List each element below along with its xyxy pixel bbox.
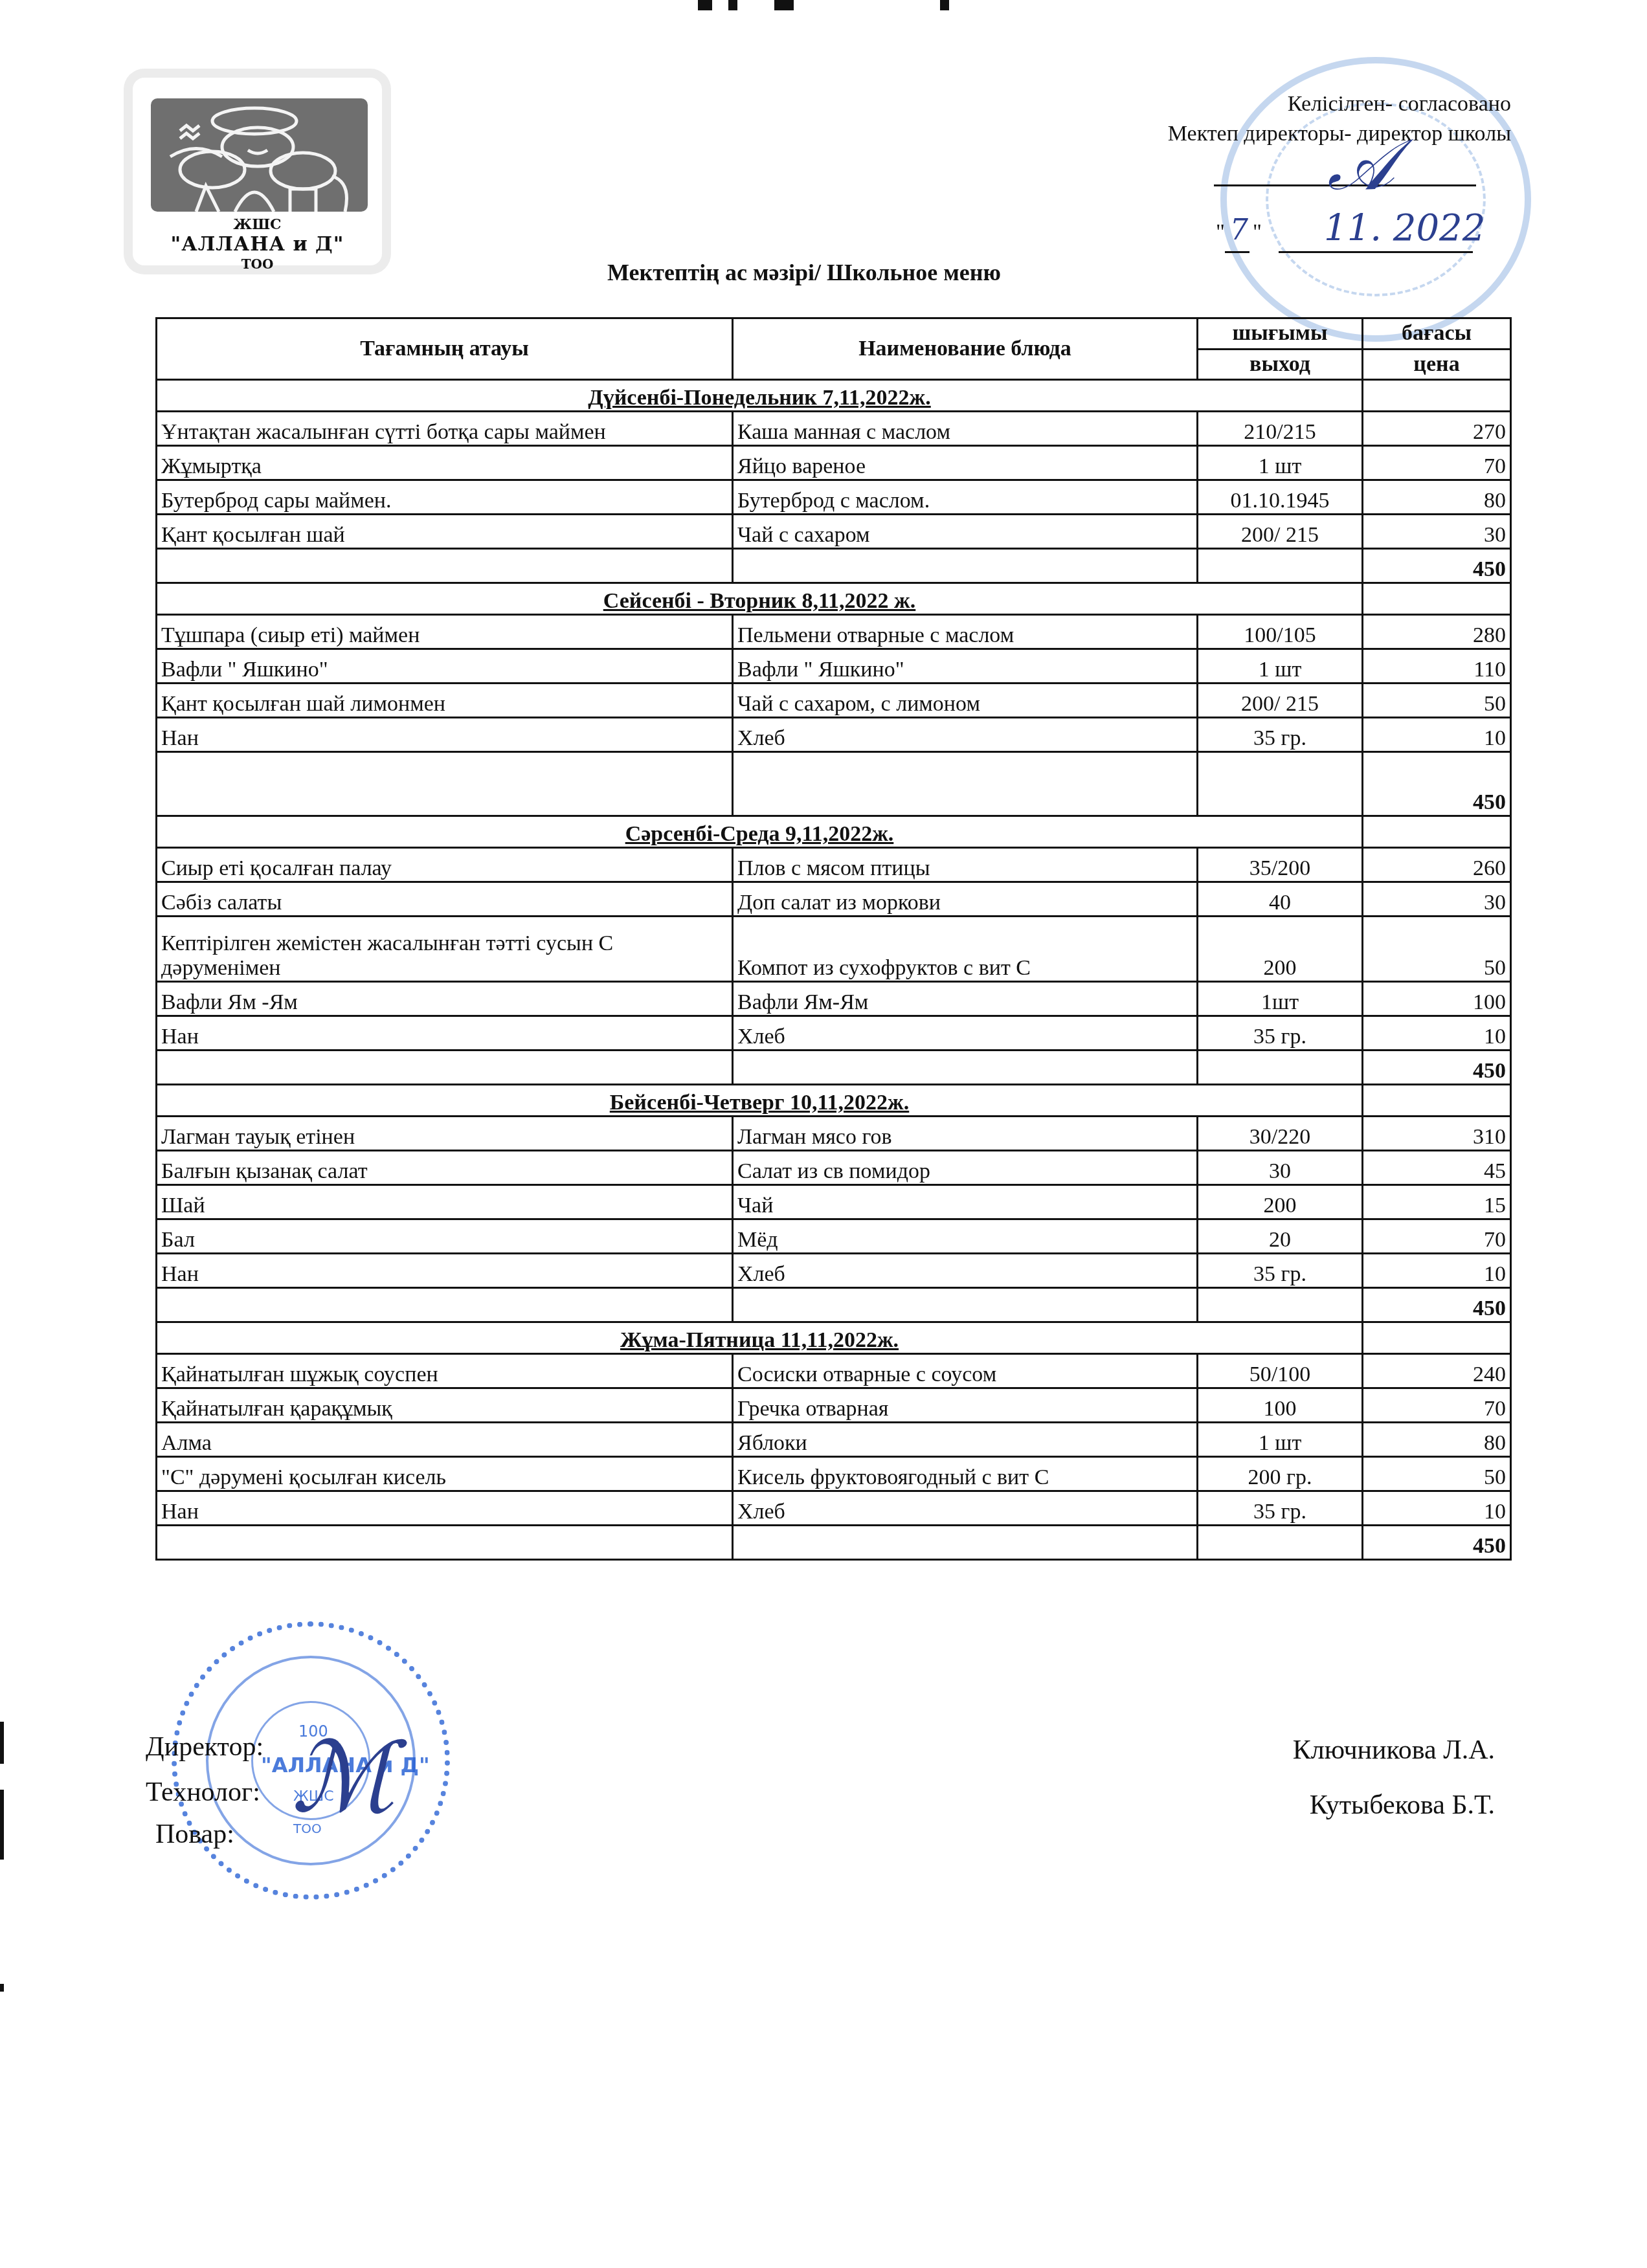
header-rus-name: Наименование блюда (733, 318, 1198, 380)
dish-name-ru: Чай с сахаром (733, 515, 1198, 549)
table-row: Қант қосылған шай лимонменЧай с сахаром,… (157, 684, 1511, 718)
table-row: НанХлеб35 гр.10 (157, 1254, 1511, 1288)
dish-name-ru: Чай с сахаром, с лимоном (733, 684, 1198, 718)
total-empty-cell (1198, 752, 1363, 816)
total-empty-cell (1198, 549, 1363, 583)
table-row: Ұнтақтан жасалынған сүтті ботқа сары май… (157, 412, 1511, 446)
table-row: "С" дәрумені қосылған кисельКисель фрукт… (157, 1457, 1511, 1491)
scan-artifact (774, 0, 794, 10)
day-header-cell: Жұма-Пятница 11,11,2022ж. (157, 1322, 1363, 1354)
date-close-quote: " (1253, 220, 1262, 245)
approval-agreed: Келісілген- согласовано (1168, 89, 1511, 119)
table-row: Бутерброд сары маймен.Бутерброд с маслом… (157, 480, 1511, 515)
day-header-cell: Дүйсенбі-Понедельник 7,11,2022ж. (157, 380, 1363, 412)
dish-yield: 35 гр. (1198, 1254, 1363, 1288)
total-empty-cell (733, 752, 1198, 816)
day-total-price: 450 (1363, 1051, 1511, 1085)
date-day: 7 (1230, 214, 1248, 247)
dish-yield: 50/100 (1198, 1354, 1363, 1388)
dish-price: 280 (1363, 615, 1511, 649)
day-label: Сейсенбі - Вторник 8,11,2022 ж. (603, 589, 916, 613)
dish-price: 100 (1363, 982, 1511, 1016)
dish-yield: 40 (1198, 882, 1363, 917)
dish-name-ru: Вафли Ям-Ям (733, 982, 1198, 1016)
dish-name-ru: Каша манная с маслом (733, 412, 1198, 446)
day-total-price: 450 (1363, 549, 1511, 583)
dish-name-kz: Шай (157, 1185, 733, 1219)
dish-price: 110 (1363, 649, 1511, 684)
dish-yield: 01.10.1945 (1198, 480, 1363, 515)
dish-name-ru: Мёд (733, 1219, 1198, 1254)
dish-name-ru: Яйцо вареное (733, 446, 1198, 480)
dish-yield: 200/ 215 (1198, 684, 1363, 718)
header-price-kz: бағасы (1363, 318, 1511, 350)
dish-price: 70 (1363, 1219, 1511, 1254)
dish-name-kz: Тұшпара (сиыр еті) маймен (157, 615, 733, 649)
table-row: Қант қосылған шайЧай с сахаром200/ 21530 (157, 515, 1511, 549)
day-header-row: Сәрсенбі-Среда 9,11,2022ж. (157, 816, 1511, 848)
date-day-line (1225, 251, 1249, 253)
table-row: Вафли Ям -ЯмВафли Ям-Ям1шт100 (157, 982, 1511, 1016)
dish-price: 10 (1363, 1016, 1511, 1051)
table-row: ШайЧай20015 (157, 1185, 1511, 1219)
total-empty-cell (157, 1288, 733, 1322)
total-empty-cell (1198, 1288, 1363, 1322)
total-empty-cell (1198, 1526, 1363, 1560)
dish-price: 240 (1363, 1354, 1511, 1388)
date-open-quote: " (1216, 220, 1225, 245)
technologist-signature-icon: ℳ (291, 1722, 395, 1834)
date-month-year: 11. 2022 (1324, 207, 1485, 249)
dish-name-kz: Лагман тауық етінен (157, 1117, 733, 1151)
dish-yield: 1 шт (1198, 649, 1363, 684)
dish-name-kz: Қайнатылған қарақұмық (157, 1388, 733, 1423)
day-total-row: 450 (157, 752, 1511, 816)
table-row: АлмаЯблоки1 шт80 (157, 1423, 1511, 1457)
scan-edge-mark (0, 1984, 4, 1992)
dish-price: 10 (1363, 1254, 1511, 1288)
dish-name-kz: Қант қосылған шай лимонмен (157, 684, 733, 718)
dish-name-ru: Салат из св помидор (733, 1151, 1198, 1185)
table-row: Вафли " Яшкино"Вафли " Яшкино"1 шт110 (157, 649, 1511, 684)
total-empty-cell (733, 549, 1198, 583)
dish-price: 10 (1363, 718, 1511, 752)
dish-yield: 200/ 215 (1198, 515, 1363, 549)
dish-price: 70 (1363, 1388, 1511, 1423)
total-empty-cell (733, 1051, 1198, 1085)
dish-yield: 200 гр. (1198, 1457, 1363, 1491)
day-label: Дүйсенбі-Понедельник 7,11,2022ж. (588, 386, 931, 410)
dish-name-ru: Хлеб (733, 1254, 1198, 1288)
dish-name-ru: Гречка отварная (733, 1388, 1198, 1423)
day-label: Бейсенбі-Четверг 10,11,2022ж. (610, 1091, 909, 1115)
day-total-row: 450 (157, 1051, 1511, 1085)
dish-name-ru: Яблоки (733, 1423, 1198, 1457)
table-row: ЖұмыртқаЯйцо вареное1 шт70 (157, 446, 1511, 480)
scan-artifact (728, 0, 737, 10)
technologist-name: Кутыбекова Б.Т. (1310, 1790, 1495, 1821)
dish-price: 50 (1363, 917, 1511, 982)
header-yield-kz: шығымы (1198, 318, 1363, 350)
dish-name-kz: Қант қосылған шай (157, 515, 733, 549)
dish-name-kz: Сәбіз салаты (157, 882, 733, 917)
company-logo: ЖШС "АЛЛАНА и Д" ТОО (133, 78, 382, 265)
day-header-row: Сейсенбі - Вторник 8,11,2022 ж. (157, 583, 1511, 615)
dish-price: 30 (1363, 882, 1511, 917)
day-header-empty-cell (1363, 816, 1511, 848)
dish-yield: 30/220 (1198, 1117, 1363, 1151)
dish-yield: 30 (1198, 1151, 1363, 1185)
dish-name-kz: Балғын қызанақ салат (157, 1151, 733, 1185)
scan-edge-mark (0, 1722, 4, 1764)
dish-name-kz: Бутерброд сары маймен. (157, 480, 733, 515)
day-header-cell: Сейсенбі - Вторник 8,11,2022 ж. (157, 583, 1363, 615)
table-header-row: Тағамның атауы Наименование блюда шығымы… (157, 318, 1511, 350)
dish-yield: 1 шт (1198, 446, 1363, 480)
day-total-price: 450 (1363, 1526, 1511, 1560)
total-empty-cell (157, 1526, 733, 1560)
table-row: Сәбіз салатыДоп салат из моркови4030 (157, 882, 1511, 917)
table-row: Кептірілген жемістен жасалынған тәтті су… (157, 917, 1511, 982)
dish-name-kz: Вафли Ям -Ям (157, 982, 733, 1016)
dish-price: 80 (1363, 480, 1511, 515)
menu-table: Тағамның атауы Наименование блюда шығымы… (155, 317, 1512, 1561)
dish-name-kz: Жұмыртқа (157, 446, 733, 480)
total-empty-cell (733, 1288, 1198, 1322)
dish-price: 70 (1363, 446, 1511, 480)
day-header-row: Жұма-Пятница 11,11,2022ж. (157, 1322, 1511, 1354)
header-kaz-name: Тағамның атауы (157, 318, 733, 380)
dish-name-kz: Нан (157, 1016, 733, 1051)
technologist-label: Технолог: (146, 1777, 260, 1808)
dish-name-ru: Бутерброд с маслом. (733, 480, 1198, 515)
dish-yield: 100/105 (1198, 615, 1363, 649)
dish-yield: 35/200 (1198, 848, 1363, 882)
director-signature-icon: 𝒜 (1327, 123, 1395, 207)
dish-name-ru: Доп салат из моркови (733, 882, 1198, 917)
dish-yield: 35 гр. (1198, 1491, 1363, 1526)
menu-body: Дүйсенбі-Понедельник 7,11,2022ж.Ұнтақтан… (157, 380, 1511, 1560)
director-label: Директор: (146, 1731, 263, 1762)
table-row: Қайнатылған қарақұмықГречка отварная1007… (157, 1388, 1511, 1423)
table-row: БалМёд2070 (157, 1219, 1511, 1254)
dish-name-kz: Нан (157, 1491, 733, 1526)
page-title-text: Мектептің ас мәзірі/ Школьное меню (607, 260, 1001, 285)
scan-artifact (940, 0, 949, 10)
scan-edge-mark (0, 1790, 4, 1860)
dish-price: 10 (1363, 1491, 1511, 1526)
dish-price: 270 (1363, 412, 1511, 446)
dish-name-kz: Кептірілген жемістен жасалынған тәтті су… (157, 917, 733, 982)
cook-label: Повар: (155, 1819, 234, 1850)
day-total-row: 450 (157, 1526, 1511, 1560)
total-empty-cell (157, 549, 733, 583)
dish-name-kz: Нан (157, 1254, 733, 1288)
table-row: Балғын қызанақ салатСалат из св помидор3… (157, 1151, 1511, 1185)
day-total-price: 450 (1363, 752, 1511, 816)
table-row: НанХлеб35 гр.10 (157, 718, 1511, 752)
total-empty-cell (1198, 1051, 1363, 1085)
dish-yield: 20 (1198, 1219, 1363, 1254)
dish-yield: 200 (1198, 917, 1363, 982)
day-total-row: 450 (157, 549, 1511, 583)
dish-name-kz: Алма (157, 1423, 733, 1457)
dish-yield: 100 (1198, 1388, 1363, 1423)
day-header-empty-cell (1363, 380, 1511, 412)
dish-name-ru: Пельмени отварные с маслом (733, 615, 1198, 649)
dish-name-kz: "С" дәрумені қосылған кисель (157, 1457, 733, 1491)
total-empty-cell (157, 1051, 733, 1085)
table-row: Қайнатылған шұжық соуспенСосиски отварны… (157, 1354, 1511, 1388)
dish-name-ru: Компот из сухофруктов с вит С (733, 917, 1198, 982)
dish-price: 80 (1363, 1423, 1511, 1457)
dish-name-ru: Вафли " Яшкино" (733, 649, 1198, 684)
dish-name-ru: Кисель фруктовоягодный с вит С (733, 1457, 1198, 1491)
dish-name-ru: Хлеб (733, 1491, 1198, 1526)
header-yield-ru: выход (1198, 349, 1363, 380)
logo-company-name: "АЛЛАНА и Д" (133, 233, 382, 256)
day-header-row: Дүйсенбі-Понедельник 7,11,2022ж. (157, 380, 1511, 412)
header-price-ru: цена (1363, 349, 1511, 380)
dish-price: 15 (1363, 1185, 1511, 1219)
dish-name-ru: Хлеб (733, 1016, 1198, 1051)
day-label: Сәрсенбі-Среда 9,11,2022ж. (625, 822, 894, 846)
dish-price: 30 (1363, 515, 1511, 549)
dish-name-ru: Хлеб (733, 718, 1198, 752)
dish-yield: 1шт (1198, 982, 1363, 1016)
table-row: Тұшпара (сиыр еті) майменПельмени отварн… (157, 615, 1511, 649)
table-row: Сиыр еті қосалған палауПлов с мясом птиц… (157, 848, 1511, 882)
date-line (1279, 251, 1473, 253)
dish-name-ru: Сосиски отварные с соусом (733, 1354, 1198, 1388)
day-header-row: Бейсенбі-Четверг 10,11,2022ж. (157, 1085, 1511, 1117)
dish-name-kz: Қайнатылған шұжық соуспен (157, 1354, 733, 1388)
dish-price: 310 (1363, 1117, 1511, 1151)
chefs-illustration-icon (151, 98, 368, 212)
dish-yield: 35 гр. (1198, 718, 1363, 752)
day-header-cell: Сәрсенбі-Среда 9,11,2022ж. (157, 816, 1363, 848)
table-row: НанХлеб35 гр.10 (157, 1016, 1511, 1051)
day-header-empty-cell (1363, 583, 1511, 615)
dish-name-ru: Плов с мясом птицы (733, 848, 1198, 882)
day-label: Жұма-Пятница 11,11,2022ж. (620, 1328, 899, 1352)
dish-name-kz: Вафли " Яшкино" (157, 649, 733, 684)
dish-price: 50 (1363, 1457, 1511, 1491)
dish-price: 260 (1363, 848, 1511, 882)
director-name: Ключникова Л.А. (1293, 1735, 1495, 1766)
table-row: НанХлеб35 гр.10 (157, 1491, 1511, 1526)
dish-price: 45 (1363, 1151, 1511, 1185)
day-header-empty-cell (1363, 1085, 1511, 1117)
day-total-row: 450 (157, 1288, 1511, 1322)
dish-name-kz: Бал (157, 1219, 733, 1254)
day-header-empty-cell (1363, 1322, 1511, 1354)
dish-yield: 210/215 (1198, 412, 1363, 446)
day-header-cell: Бейсенбі-Четверг 10,11,2022ж. (157, 1085, 1363, 1117)
dish-name-kz: Ұнтақтан жасалынған сүтті ботқа сары май… (157, 412, 733, 446)
logo-text-kz: ЖШС (133, 216, 382, 233)
page-title: Мектептің ас мәзірі/ Школьное меню (0, 259, 1647, 286)
dish-name-ru: Лагман мясо гов (733, 1117, 1198, 1151)
dish-name-kz: Сиыр еті қосалған палау (157, 848, 733, 882)
day-total-price: 450 (1363, 1288, 1511, 1322)
total-empty-cell (157, 752, 733, 816)
dish-yield: 35 гр. (1198, 1016, 1363, 1051)
total-empty-cell (733, 1526, 1198, 1560)
table-row: Лагман тауық етіненЛагман мясо гов30/220… (157, 1117, 1511, 1151)
dish-name-kz: Нан (157, 718, 733, 752)
scan-artifact (698, 0, 712, 10)
dish-yield: 1 шт (1198, 1423, 1363, 1457)
dish-price: 50 (1363, 684, 1511, 718)
dish-name-ru: Чай (733, 1185, 1198, 1219)
dish-yield: 200 (1198, 1185, 1363, 1219)
